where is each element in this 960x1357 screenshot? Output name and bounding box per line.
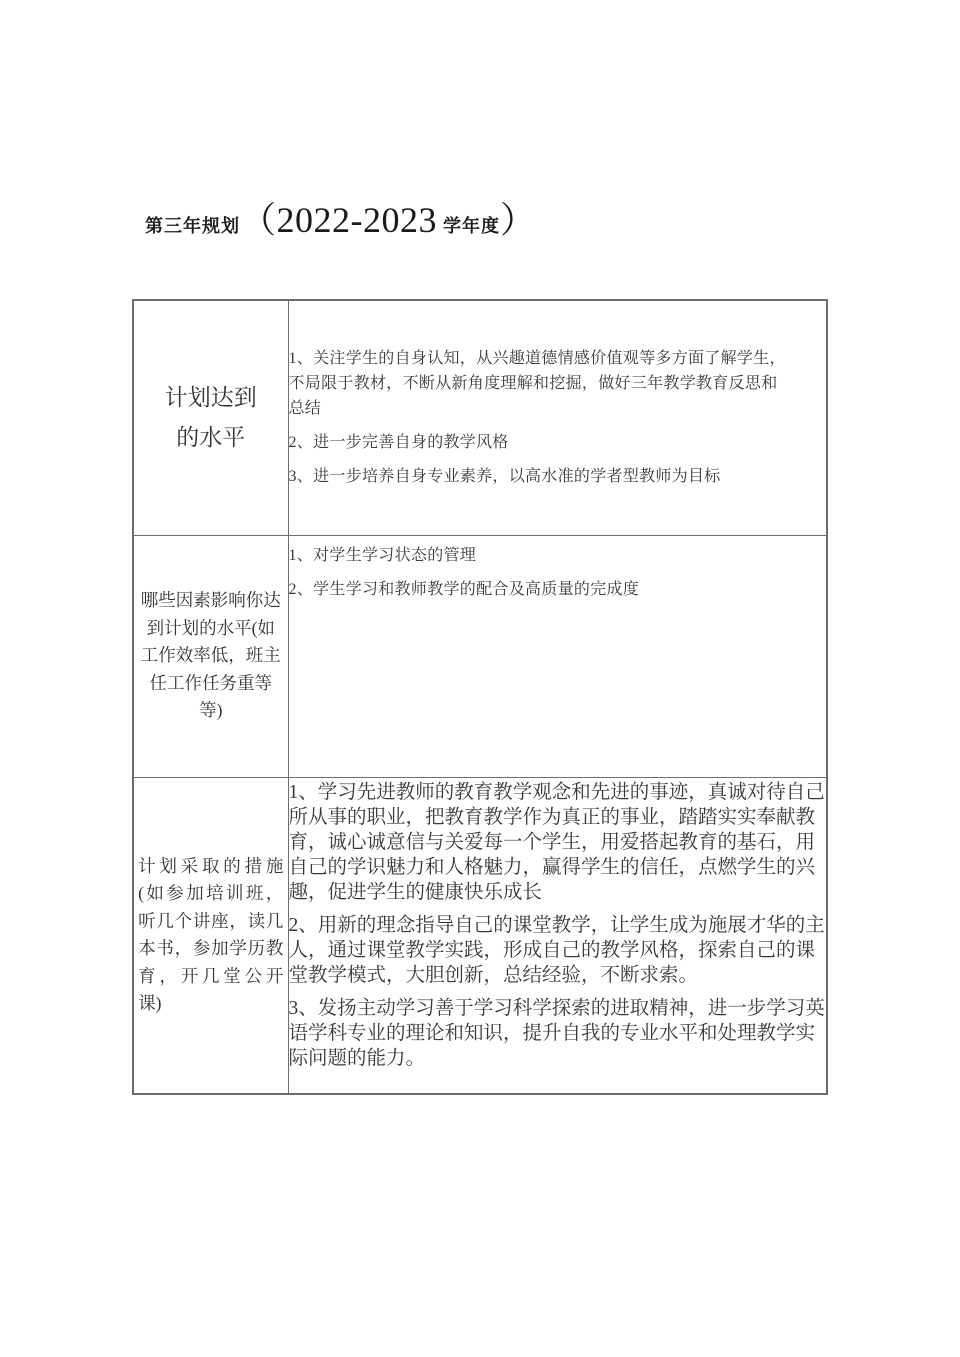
title-close-paren-icon: ） [500, 200, 537, 240]
row-label-cell: 计划达到的水平 [133, 300, 288, 535]
document-page: 第三年规划（2022-2023 学年度） 计划达到的水平 1、关注学生的自身认知… [0, 0, 960, 1357]
row-paragraphs: 1、学习先进教师的教育教学观念和先进的事迹，真诚对待自己所从事的职业，把教育教学… [289, 780, 827, 1071]
content-paragraph: 1、关注学生的自身认知，从兴趣道德情感价值观等多方面了解学生，不局限于教材，不断… [289, 346, 793, 421]
content-paragraph: 2、用新的理念指导自己的课堂教学，让学生成为施展才华的主人，通过课堂教学实践，形… [289, 913, 827, 988]
row-content-cell: 1、关注学生的自身认知，从兴趣道德情感价值观等多方面了解学生，不局限于教材，不断… [288, 300, 827, 535]
content-paragraph: 3、发扬主动学习善于学习科学探索的进取精神，进一步学习英语学科专业的理论和知识，… [289, 996, 827, 1071]
title-text: 第三年规划 [145, 216, 240, 236]
row-content-cell: 1、学习先进教师的教育教学观念和先进的事迹，真诚对待自己所从事的职业，把教育教学… [288, 777, 827, 1094]
row-label: 计划达到的水平 [160, 378, 261, 458]
content-paragraph: 2、进一步完善自身的教学风格 [289, 430, 793, 455]
plan-table: 计划达到的水平 1、关注学生的自身认知，从兴趣道德情感价值观等多方面了解学生，不… [132, 299, 828, 1095]
title-open-paren-icon: （ [240, 200, 277, 240]
row-paragraphs: 1、关注学生的自身认知，从兴趣道德情感价值观等多方面了解学生，不局限于教材，不断… [289, 346, 793, 489]
table-row-influencing-factors: 哪些因素影响你达到计划的水平(如工作效率低，班主任工作任务重等等) 1、对学生学… [133, 535, 827, 777]
row-label-cell: 计划采取的措施(如参加培训班，听几个讲座，读几本书，参加学历教育，开几堂公开课) [133, 777, 288, 1094]
row-label-cell: 哪些因素影响你达到计划的水平(如工作效率低，班主任工作任务重等等) [133, 535, 288, 777]
row-content-cell: 1、对学生学习状态的管理2、学生学习和教师教学的配合及高质量的完成度 [288, 535, 827, 777]
content-paragraph: 2、学生学习和教师教学的配合及高质量的完成度 [289, 577, 827, 602]
title-suffix: 学年度 [437, 216, 500, 236]
row-label: 计划采取的措施(如参加培训班，听几个讲座，读几本书，参加学历教育，开几堂公开课) [138, 853, 283, 1018]
row-label: 哪些因素影响你达到计划的水平(如工作效率低，班主任工作任务重等等) [138, 587, 283, 725]
content-paragraph: 1、对学生学习状态的管理 [289, 543, 827, 568]
table-row-planned-measures: 计划采取的措施(如参加培训班，听几个讲座，读几本书，参加学历教育，开几堂公开课)… [133, 777, 827, 1094]
row-paragraphs: 1、对学生学习状态的管理2、学生学习和教师教学的配合及高质量的完成度 [289, 543, 827, 602]
title-year: 2022-2023 [277, 200, 438, 240]
content-paragraph: 1、学习先进教师的教育教学观念和先进的事迹，真诚对待自己所从事的职业，把教育教学… [289, 780, 827, 905]
table-row-planned-level: 计划达到的水平 1、关注学生的自身认知，从兴趣道德情感价值观等多方面了解学生，不… [133, 300, 827, 535]
content-paragraph: 3、进一步培养自身专业素养，以高水准的学者型教师为目标 [289, 464, 793, 489]
document-title: 第三年规划（2022-2023 学年度） [145, 200, 537, 248]
